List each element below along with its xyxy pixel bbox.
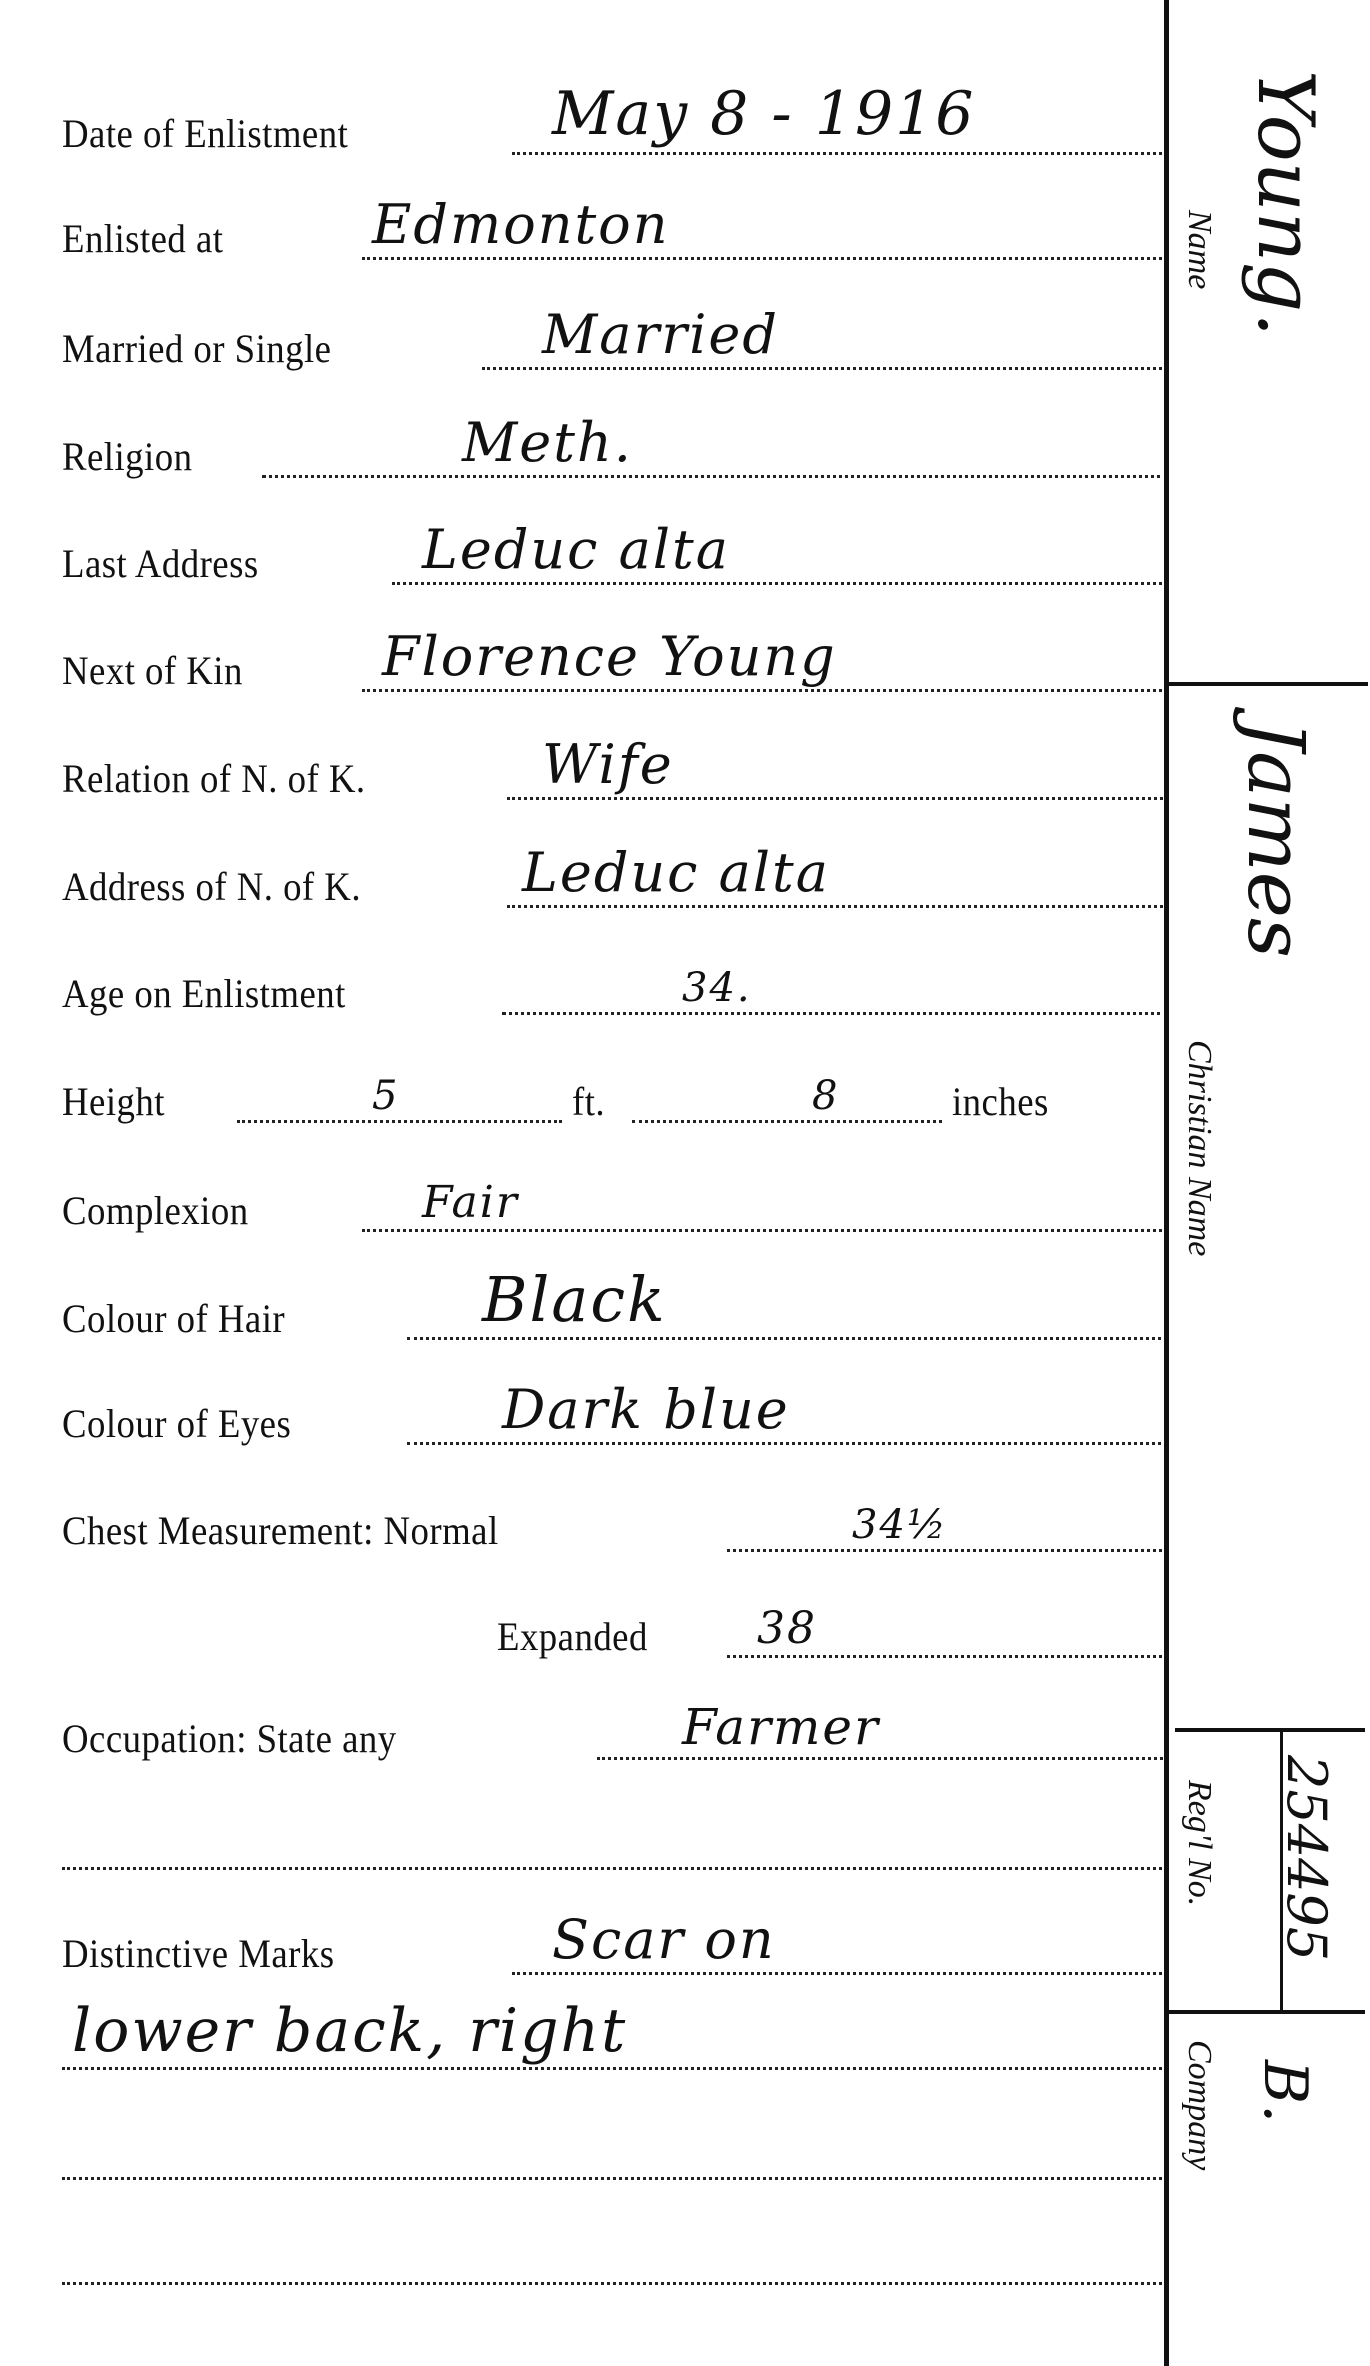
dotted-line (512, 152, 1168, 155)
field-value: 34. (682, 965, 752, 1011)
field-address-of-nok: Address of N. of K. Leduc alta (62, 848, 1162, 918)
field-distinctive-marks-line2: lower back, right (62, 2010, 1162, 2080)
company-value: B. (1250, 2060, 1320, 2123)
field-value: 34½ (852, 1502, 948, 1548)
dotted-line (62, 2067, 1168, 2070)
height-inches-value: 8 (812, 1073, 839, 1119)
christian-name-value: James (1230, 720, 1320, 958)
dotted-line (727, 1549, 1168, 1552)
name-section-divider (1168, 682, 1368, 686)
field-label: Occupation: State any (62, 1715, 397, 1762)
field-label: Complexion (62, 1187, 249, 1234)
dotted-line (482, 367, 1168, 370)
dotted-line (597, 1757, 1168, 1760)
dotted-line (62, 2282, 1168, 2285)
field-value: May 8 - 1916 (552, 79, 975, 149)
field-chest-expanded: Expanded 38 (497, 1598, 1162, 1668)
field-label: Religion (62, 433, 192, 480)
dotted-line (362, 689, 1168, 692)
dotted-line (632, 1120, 942, 1123)
field-colour-of-eyes: Colour of Eyes Dark blue (62, 1385, 1162, 1455)
dotted-line (512, 1972, 1168, 1975)
field-label: Colour of Hair (62, 1295, 285, 1342)
field-value: Florence Young (382, 625, 837, 688)
field-value: Farmer (682, 1698, 880, 1756)
dotted-line (407, 1442, 1168, 1445)
field-blank-line-2 (62, 2225, 1162, 2295)
field-occupation: Occupation: State any Farmer (62, 1700, 1162, 1770)
field-value: Fair (422, 1177, 519, 1228)
company-label: Company (1180, 2040, 1218, 2170)
field-religion: Religion Meth. (62, 418, 1162, 488)
field-label: Enlisted at (62, 215, 223, 262)
dotted-line (362, 257, 1168, 260)
height-inches-unit: inches (952, 1078, 1049, 1125)
dotted-line (62, 1867, 1168, 1870)
field-label: Expanded (497, 1613, 648, 1660)
height-feet-value: 5 (372, 1073, 399, 1119)
dotted-line (502, 1012, 1168, 1015)
dotted-line (727, 1655, 1168, 1658)
field-label: Date of Enlistment (62, 110, 348, 157)
field-value: 38 (757, 1603, 817, 1654)
field-distinctive-marks: Distinctive Marks Scar on (62, 1915, 1162, 1985)
dotted-line (392, 582, 1168, 585)
field-last-address: Last Address Leduc alta (62, 525, 1162, 595)
field-label: Height (62, 1078, 165, 1125)
field-label: Colour of Eyes (62, 1400, 291, 1447)
dotted-line (362, 1229, 1168, 1232)
regt-no-label: Reg'l No. (1180, 1780, 1218, 1906)
field-blank-line-1 (62, 2120, 1162, 2190)
field-age-on-enlistment: Age on Enlistment 34. (62, 955, 1162, 1025)
field-label: Age on Enlistment (62, 970, 346, 1017)
field-label: Distinctive Marks (62, 1930, 335, 1977)
field-value: Dark blue (502, 1378, 790, 1441)
field-colour-of-hair: Colour of Hair Black (62, 1280, 1162, 1350)
regt-no-value: 254495 (1275, 1755, 1338, 1961)
field-value: Black (482, 1263, 667, 1336)
field-value: Leduc alta (522, 841, 830, 904)
field-value: lower back, right (72, 1996, 627, 2066)
regt-section-top-divider (1175, 1728, 1365, 1732)
dotted-line (507, 797, 1168, 800)
field-height: Height 5 ft. 8 inches (62, 1063, 1162, 1133)
field-label: Relation of N. of K. (62, 755, 366, 802)
field-value: Leduc alta (422, 518, 730, 581)
dotted-line (237, 1120, 562, 1123)
field-label: Address of N. of K. (62, 863, 361, 910)
field-complexion: Complexion Fair (62, 1172, 1162, 1242)
field-relation-of-nok: Relation of N. of K. Wife (62, 740, 1162, 810)
dotted-line (62, 2177, 1168, 2180)
field-date-of-enlistment: Date of Enlistment May 8 - 1916 (62, 95, 1162, 165)
field-value: Meth. (462, 411, 633, 474)
dotted-line (507, 905, 1168, 908)
field-label: Next of Kin (62, 647, 243, 694)
dotted-line (407, 1337, 1168, 1340)
field-occupation-extra-line (62, 1810, 1162, 1880)
field-value: Wife (542, 733, 674, 796)
field-value: Scar on (552, 1908, 776, 1971)
field-value: Married (542, 303, 779, 366)
field-label: Last Address (62, 540, 259, 587)
field-value: Edmonton (372, 193, 669, 256)
name-label: Name (1180, 210, 1218, 289)
dotted-line (262, 475, 1168, 478)
field-chest-normal: Chest Measurement: Normal 34½ (62, 1492, 1162, 1562)
company-section-divider (1168, 2010, 1365, 2014)
height-feet-unit: ft. (572, 1078, 605, 1125)
field-next-of-kin: Next of Kin Florence Young (62, 632, 1162, 702)
field-label: Chest Measurement: Normal (62, 1507, 499, 1554)
field-married-or-single: Married or Single Married (62, 310, 1162, 380)
field-enlisted-at: Enlisted at Edmonton (62, 200, 1162, 270)
field-label: Married or Single (62, 325, 331, 372)
christian-name-label: Christian Name (1180, 1040, 1218, 1256)
name-value: Young. (1240, 70, 1330, 337)
